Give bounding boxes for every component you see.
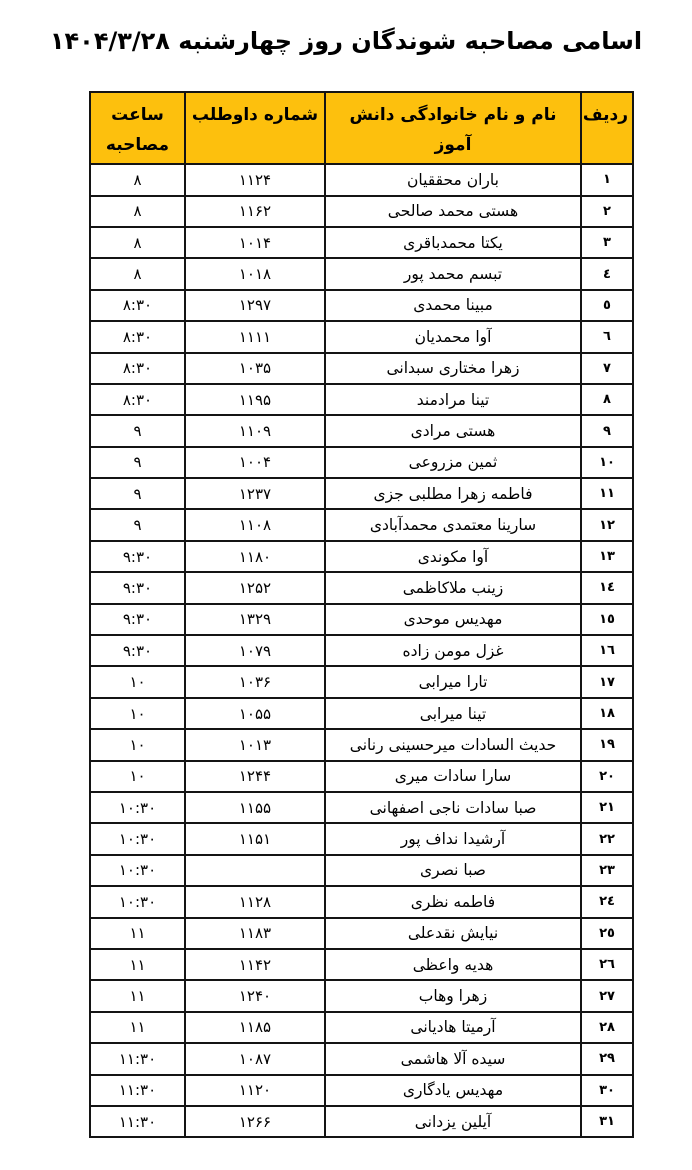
table-row: ۲۹ سیده آلا هاشمی ۱۰۸۷ ۱۱:۳۰ [90, 1043, 633, 1074]
student-name-cell: حدیث السادات میرحسینی رنانی [325, 729, 581, 760]
row-number-cell: ١٦ [581, 635, 633, 666]
row-number-cell: ۳۱ [581, 1106, 633, 1137]
student-name-cell: آوا مکوندی [325, 541, 581, 572]
header-cell-interview-time: ساعت مصاحبه [90, 92, 185, 164]
interview-time-cell: ۱۰:۳۰ [90, 792, 185, 823]
student-name-cell: مهدیس موحدی [325, 604, 581, 635]
student-name-cell: مبینا محمدی [325, 290, 581, 321]
table-row: ٢٦ هدیه واعظی ۱۱۴۲ ۱۱ [90, 949, 633, 980]
candidate-number-cell: ۱۱۲۴ [185, 164, 325, 195]
candidate-number-cell: ۱۲۴۴ [185, 761, 325, 792]
row-number-cell: ۱ [581, 164, 633, 195]
row-number-cell: ۲۱ [581, 792, 633, 823]
table-row: ٢٥ نیایش نقدعلی ۱۱۸۳ ۱۱ [90, 918, 633, 949]
table-row: ١٦ غزل مومن زاده ۱۰۷۹ ۹:۳۰ [90, 635, 633, 666]
candidate-number-cell: ۱۰۱۴ [185, 227, 325, 258]
interview-time-cell: ۹:۳۰ [90, 572, 185, 603]
candidate-number-cell: ۱۲۶۶ [185, 1106, 325, 1137]
student-name-cell: آرمیتا هادیانی [325, 1012, 581, 1043]
interview-time-cell: ۱۰ [90, 666, 185, 697]
student-name-cell: ثمین مزروعی [325, 447, 581, 478]
candidate-number-cell [185, 855, 325, 886]
row-number-cell: ٢٤ [581, 886, 633, 917]
table-row: ۲۰ سارا سادات میری ۱۲۴۴ ۱۰ [90, 761, 633, 792]
row-number-cell: ۱۹ [581, 729, 633, 760]
interview-time-cell: ۹:۳۰ [90, 635, 185, 666]
interview-time-cell: ۹ [90, 447, 185, 478]
table-row: ۷ زهرا مختاری سبدانی ۱۰۳۵ ۸:۳۰ [90, 353, 633, 384]
student-name-cell: آرشیدا نداف پور [325, 823, 581, 854]
table-row: ۱۸ تینا میرابی ۱۰۵۵ ۱۰ [90, 698, 633, 729]
interview-time-cell: ۹ [90, 415, 185, 446]
student-name-cell: صبا سادات ناجی اصفهانی [325, 792, 581, 823]
table-row: ۱ باران محققیان ۱۱۲۴ ۸ [90, 164, 633, 195]
interview-time-cell: ۱۱:۳۰ [90, 1075, 185, 1106]
student-name-cell: آوا محمدیان [325, 321, 581, 352]
student-name-cell: سارا سادات میری [325, 761, 581, 792]
student-name-cell: فاطمه زهرا مطلبی جزی [325, 478, 581, 509]
table-row: ۱۱ فاطمه زهرا مطلبی جزی ۱۲۳۷ ۹ [90, 478, 633, 509]
interview-schedule-table: ردیف نام و نام خانوادگی دانش آموز شماره … [89, 91, 634, 1138]
row-number-cell: ۲۳ [581, 855, 633, 886]
student-name-cell: هستی محمد صالحی [325, 196, 581, 227]
row-number-cell: ۳ [581, 227, 633, 258]
student-name-cell: تبسم محمد پور [325, 258, 581, 289]
candidate-number-cell: ۱۱۵۱ [185, 823, 325, 854]
interview-time-cell: ۱۱ [90, 918, 185, 949]
interview-time-cell: ۸ [90, 196, 185, 227]
table-row: ۳ یکتا محمدباقری ۱۰۱۴ ۸ [90, 227, 633, 258]
candidate-number-cell: ۱۱۰۹ [185, 415, 325, 446]
interview-time-cell: ۱۰ [90, 761, 185, 792]
header-cell-candidate-number: شماره داوطلب [185, 92, 325, 164]
table-row: ٥ مبینا محمدی ۱۲۹۷ ۸:۳۰ [90, 290, 633, 321]
row-number-cell: ۳۰ [581, 1075, 633, 1106]
row-number-cell: ۲ [581, 196, 633, 227]
table-row: ۱۳ آوا مکوندی ۱۱۸۰ ۹:۳۰ [90, 541, 633, 572]
page-title: اسامی مصاحبه شوندگان روز چهارشنبه ۱۴۰۴/۳… [0, 0, 692, 57]
candidate-number-cell: ۱۰۱۸ [185, 258, 325, 289]
row-number-cell: ٦ [581, 321, 633, 352]
row-number-cell: ۱۳ [581, 541, 633, 572]
row-number-cell: ۲۸ [581, 1012, 633, 1043]
header-cell-row-number: ردیف [581, 92, 633, 164]
interview-time-cell: ۹:۳۰ [90, 541, 185, 572]
student-name-cell: باران محققیان [325, 164, 581, 195]
student-name-cell: هدیه واعظی [325, 949, 581, 980]
table-row: ۲۸ آرمیتا هادیانی ۱۱۸۵ ۱۱ [90, 1012, 633, 1043]
table-row: ۲۷ زهرا وهاب ۱۲۴۰ ۱۱ [90, 980, 633, 1011]
student-name-cell: یکتا محمدباقری [325, 227, 581, 258]
table-row: ۲۱ صبا سادات ناجی اصفهانی ۱۱۵۵ ۱۰:۳۰ [90, 792, 633, 823]
row-number-cell: ۱۷ [581, 666, 633, 697]
interview-time-cell: ۱۱ [90, 980, 185, 1011]
interview-time-cell: ۸:۳۰ [90, 290, 185, 321]
candidate-number-cell: ۱۱۹۵ [185, 384, 325, 415]
row-number-cell: ۲۰ [581, 761, 633, 792]
candidate-number-cell: ۱۲۳۷ [185, 478, 325, 509]
table-row: ۲۲ آرشیدا نداف پور ۱۱۵۱ ۱۰:۳۰ [90, 823, 633, 854]
interview-time-cell: ۸:۳۰ [90, 353, 185, 384]
interview-time-cell: ۱۱ [90, 949, 185, 980]
candidate-number-cell: ۱۰۱۳ [185, 729, 325, 760]
student-name-cell: سیده آلا هاشمی [325, 1043, 581, 1074]
interview-time-cell: ۱۱:۳۰ [90, 1106, 185, 1137]
candidate-number-cell: ۱۲۴۰ [185, 980, 325, 1011]
student-name-cell: تارا میرابی [325, 666, 581, 697]
table-row: ۱۹ حدیث السادات میرحسینی رنانی ۱۰۱۳ ۱۰ [90, 729, 633, 760]
table-row: ٤ تبسم محمد پور ۱۰۱۸ ۸ [90, 258, 633, 289]
candidate-number-cell: ۱۰۰۴ [185, 447, 325, 478]
header-row: ردیف نام و نام خانوادگی دانش آموز شماره … [90, 92, 633, 164]
candidate-number-cell: ۱۱۸۳ [185, 918, 325, 949]
row-number-cell: ۷ [581, 353, 633, 384]
row-number-cell: ۲۹ [581, 1043, 633, 1074]
document-page: { "page": { "title": "اسامی مصاحبه شوندگ… [0, 0, 692, 1170]
candidate-number-cell: ۱۲۹۷ [185, 290, 325, 321]
interview-time-cell: ۹ [90, 509, 185, 540]
table-row: ۸ تینا مرادمند ۱۱۹۵ ۸:۳۰ [90, 384, 633, 415]
candidate-number-cell: ۱۱۸۵ [185, 1012, 325, 1043]
row-number-cell: ۱۸ [581, 698, 633, 729]
row-number-cell: ٢٦ [581, 949, 633, 980]
row-number-cell: ٢٥ [581, 918, 633, 949]
student-name-cell: مهدیس یادگاری [325, 1075, 581, 1106]
table-row: ٢٤ فاطمه نظری ۱۱۲۸ ۱۰:۳۰ [90, 886, 633, 917]
interview-time-cell: ۸ [90, 227, 185, 258]
interview-time-cell: ۹ [90, 478, 185, 509]
row-number-cell: ١٥ [581, 604, 633, 635]
student-name-cell: تینا مرادمند [325, 384, 581, 415]
table-row: ۱۲ سارینا معتمدی محمدآبادی ۱۱۰۸ ۹ [90, 509, 633, 540]
table-row: ۳۱ آیلین یزدانی ۱۲۶۶ ۱۱:۳۰ [90, 1106, 633, 1137]
table-row: ۲۳ صبا نصری ۱۰:۳۰ [90, 855, 633, 886]
candidate-number-cell: ۱۰۵۵ [185, 698, 325, 729]
student-name-cell: صبا نصری [325, 855, 581, 886]
interview-time-cell: ۱۰:۳۰ [90, 823, 185, 854]
candidate-number-cell: ۱۱۲۸ [185, 886, 325, 917]
interview-time-cell: ۸:۳۰ [90, 321, 185, 352]
row-number-cell: ۱۱ [581, 478, 633, 509]
student-name-cell: زهرا وهاب [325, 980, 581, 1011]
interview-time-cell: ۱۰ [90, 729, 185, 760]
candidate-number-cell: ۱۰۷۹ [185, 635, 325, 666]
table-row: ۱۰ ثمین مزروعی ۱۰۰۴ ۹ [90, 447, 633, 478]
student-name-cell: زهرا مختاری سبدانی [325, 353, 581, 384]
candidate-number-cell: ۱۱۶۲ [185, 196, 325, 227]
student-name-cell: سارینا معتمدی محمدآبادی [325, 509, 581, 540]
row-number-cell: ٤ [581, 258, 633, 289]
row-number-cell: ۱۲ [581, 509, 633, 540]
candidate-number-cell: ۱۱۵۵ [185, 792, 325, 823]
candidate-number-cell: ۱۱۴۲ [185, 949, 325, 980]
candidate-number-cell: ۱۱۲۰ [185, 1075, 325, 1106]
student-name-cell: هستی مرادی [325, 415, 581, 446]
student-name-cell: تینا میرابی [325, 698, 581, 729]
interview-time-cell: ۱۰ [90, 698, 185, 729]
student-name-cell: زینب ملاکاظمی [325, 572, 581, 603]
candidate-number-cell: ۱۲۵۲ [185, 572, 325, 603]
interview-time-cell: ۱۰:۳۰ [90, 855, 185, 886]
interview-time-cell: ۸ [90, 164, 185, 195]
table-row: ١٤ زینب ملاکاظمی ۱۲۵۲ ۹:۳۰ [90, 572, 633, 603]
interview-time-cell: ۸ [90, 258, 185, 289]
interview-table-container: ردیف نام و نام خانوادگی دانش آموز شماره … [91, 91, 634, 1138]
candidate-number-cell: ۱۰۳۶ [185, 666, 325, 697]
student-name-cell: آیلین یزدانی [325, 1106, 581, 1137]
student-name-cell: غزل مومن زاده [325, 635, 581, 666]
table-row: ۲ هستی محمد صالحی ۱۱۶۲ ۸ [90, 196, 633, 227]
row-number-cell: ۲۷ [581, 980, 633, 1011]
table-body: ۱ باران محققیان ۱۱۲۴ ۸ ۲ هستی محمد صالحی… [90, 164, 633, 1137]
row-number-cell: ۹ [581, 415, 633, 446]
candidate-number-cell: ۱۱۱۱ [185, 321, 325, 352]
candidate-number-cell: ۱۰۸۷ [185, 1043, 325, 1074]
interview-time-cell: ۱۰:۳۰ [90, 886, 185, 917]
candidate-number-cell: ۱۰۳۵ [185, 353, 325, 384]
student-name-cell: نیایش نقدعلی [325, 918, 581, 949]
table-row: ۱۷ تارا میرابی ۱۰۳۶ ۱۰ [90, 666, 633, 697]
table-row: ٦ آوا محمدیان ۱۱۱۱ ۸:۳۰ [90, 321, 633, 352]
row-number-cell: ٥ [581, 290, 633, 321]
candidate-number-cell: ۱۳۲۹ [185, 604, 325, 635]
header-cell-student-name: نام و نام خانوادگی دانش آموز [325, 92, 581, 164]
table-row: ۹ هستی مرادی ۱۱۰۹ ۹ [90, 415, 633, 446]
candidate-number-cell: ۱۱۰۸ [185, 509, 325, 540]
interview-time-cell: ۸:۳۰ [90, 384, 185, 415]
row-number-cell: ۲۲ [581, 823, 633, 854]
row-number-cell: ۱۰ [581, 447, 633, 478]
row-number-cell: ١٤ [581, 572, 633, 603]
candidate-number-cell: ۱۱۸۰ [185, 541, 325, 572]
interview-time-cell: ۱۱ [90, 1012, 185, 1043]
row-number-cell: ۸ [581, 384, 633, 415]
interview-time-cell: ۱۱:۳۰ [90, 1043, 185, 1074]
table-row: ۳۰ مهدیس یادگاری ۱۱۲۰ ۱۱:۳۰ [90, 1075, 633, 1106]
student-name-cell: فاطمه نظری [325, 886, 581, 917]
interview-time-cell: ۹:۳۰ [90, 604, 185, 635]
table-row: ١٥ مهدیس موحدی ۱۳۲۹ ۹:۳۰ [90, 604, 633, 635]
